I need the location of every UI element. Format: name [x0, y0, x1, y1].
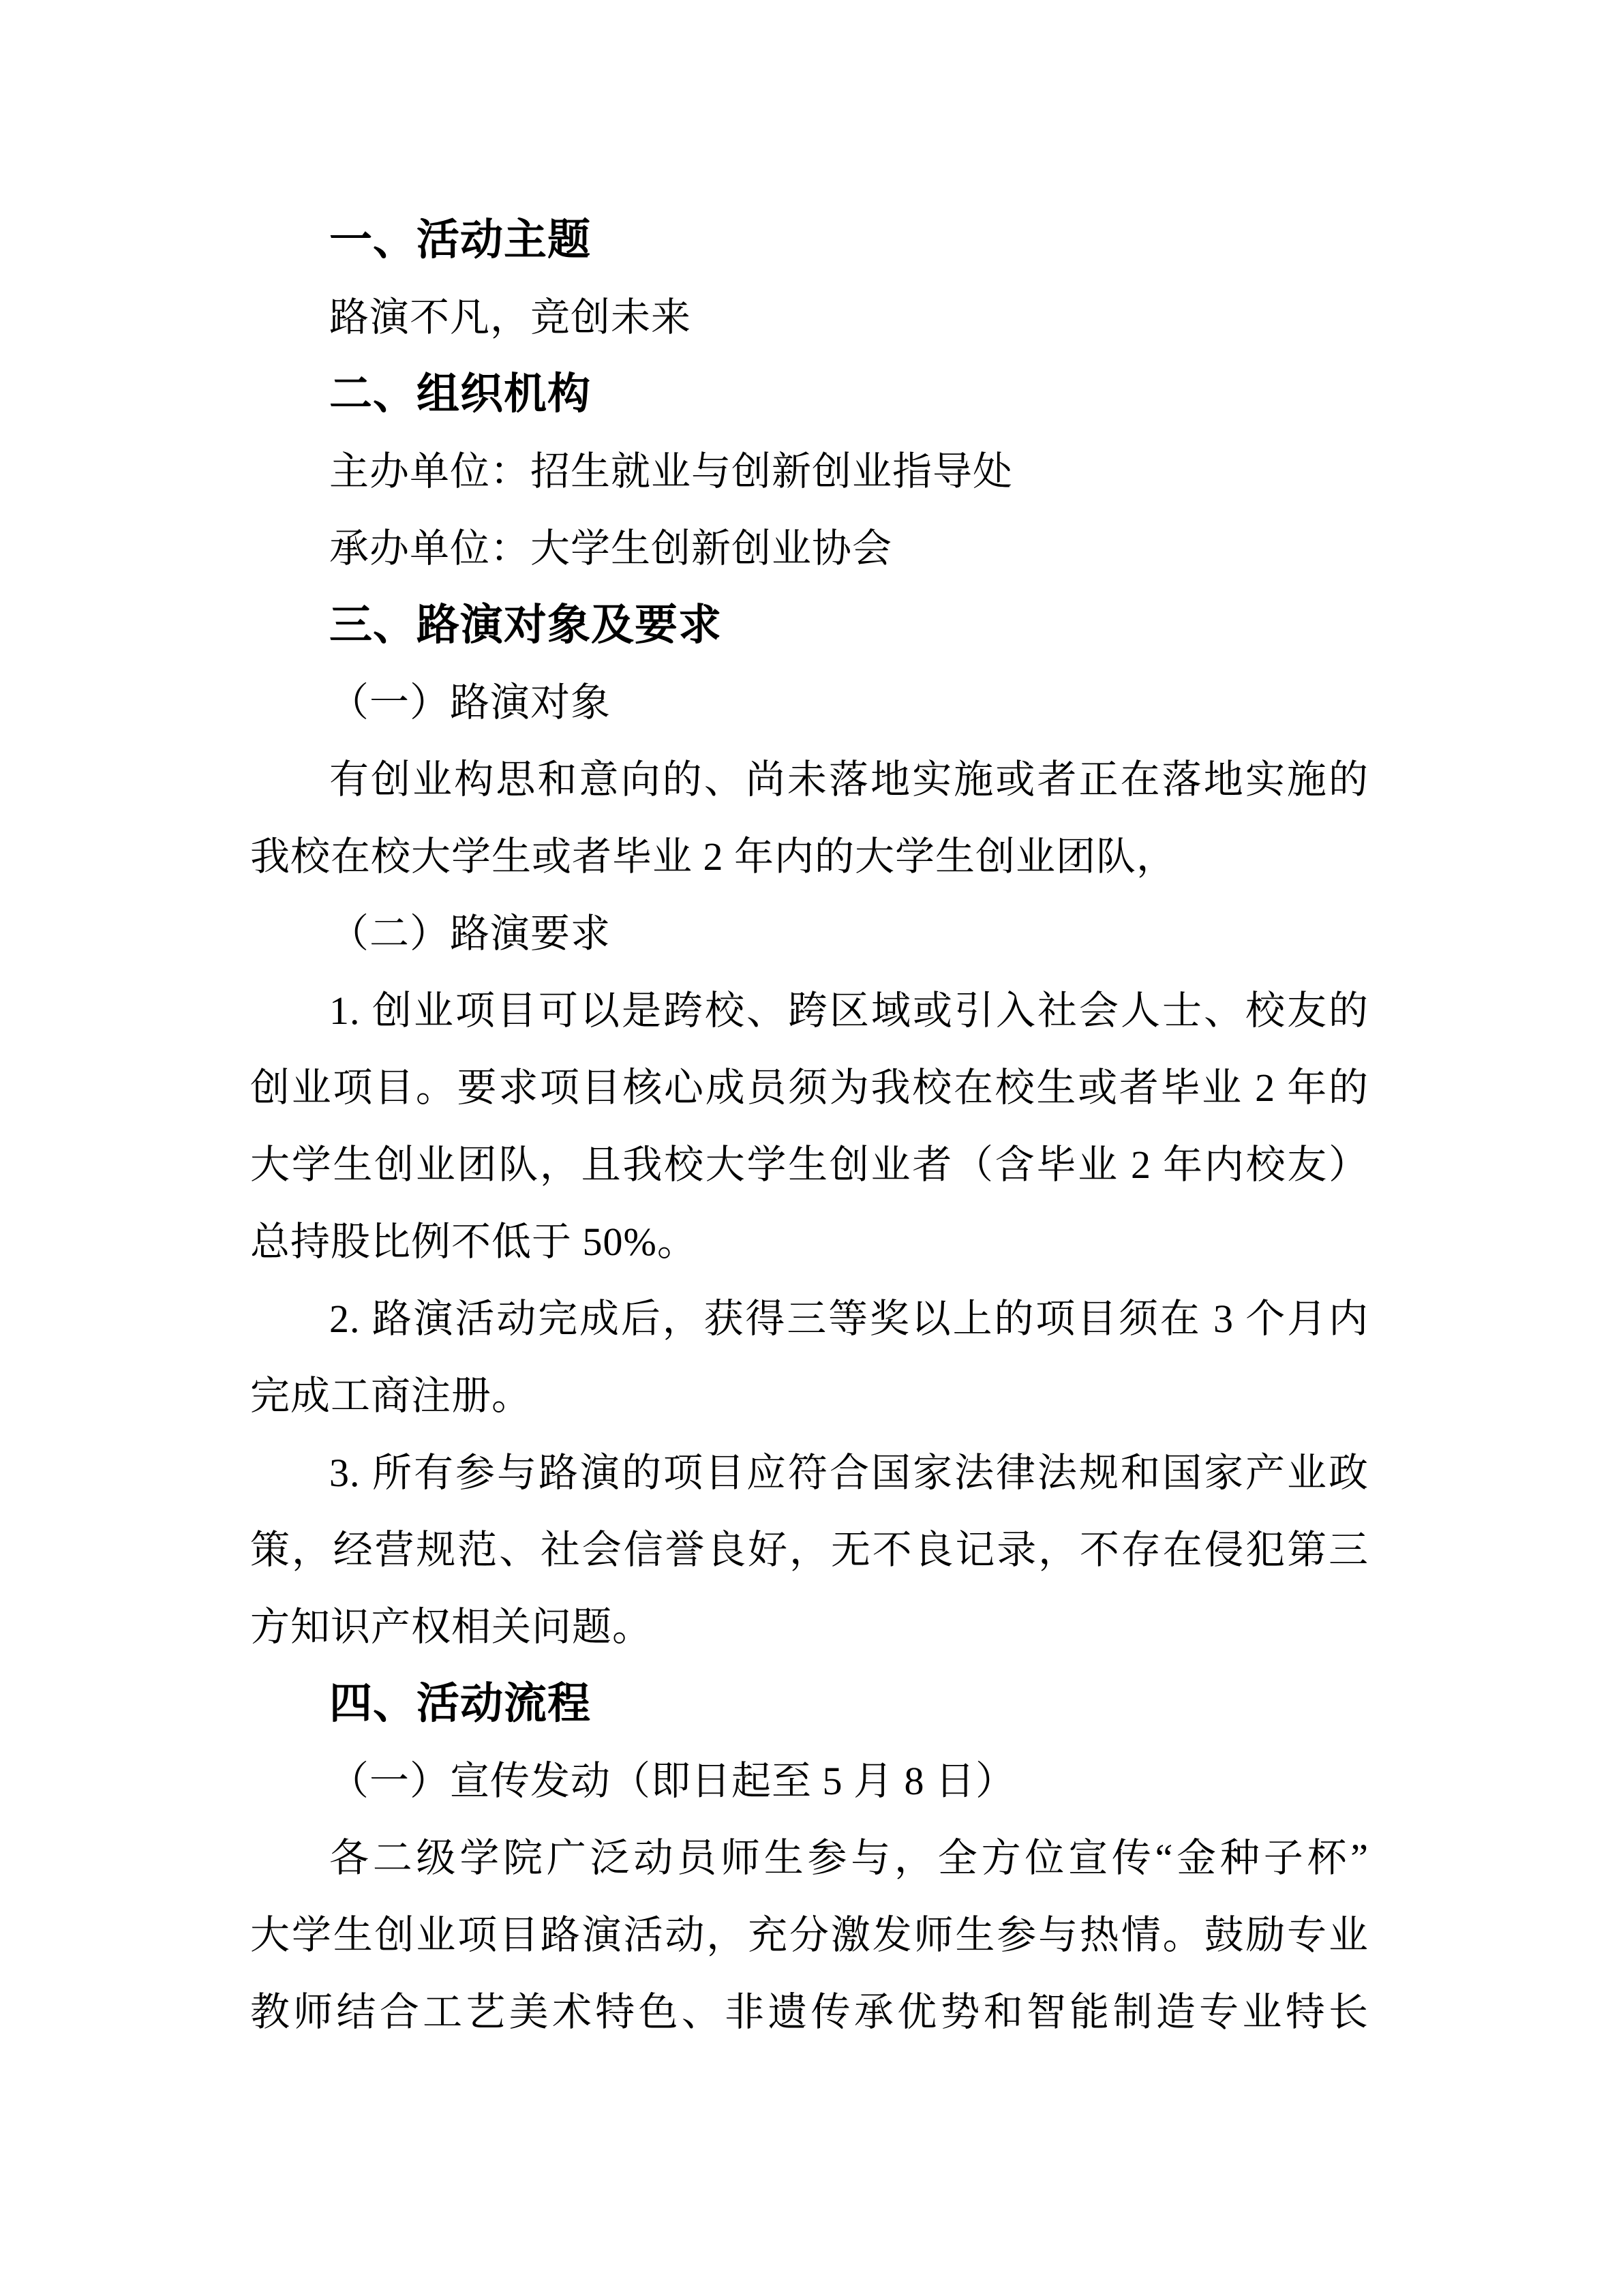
body-line: 各二级学院广泛动员师生参与，全方位宣传“金种子杯”: [250, 1819, 1369, 1897]
heading-line: 一、活动主题: [250, 202, 1369, 279]
body-line: 教师结合工艺美术特色、非遗传承优势和智能制造专业特长等，: [250, 1974, 1369, 2051]
body-line: 3. 所有参与路演的项目应符合国家法律法规和国家产业政: [250, 1434, 1369, 1511]
heading-line: 四、活动流程: [250, 1665, 1369, 1742]
body-line: 完成工商注册。: [250, 1357, 1369, 1434]
document-page: 一、活动主题 路演不凡，竞创未来 二、组织机构 主办单位：招生就业与创新创业指导…: [0, 0, 1623, 2296]
body-line: 2. 路演活动完成后，获得三等奖以上的项目须在 3 个月内: [250, 1280, 1369, 1357]
body-line: 总持股比例不低于 50%。: [250, 1203, 1369, 1280]
body-line: 大学生创业团队，且我校大学生创业者（含毕业 2 年内校友）: [250, 1126, 1369, 1203]
subheading-line: （一）路演对象: [250, 664, 1369, 741]
body-line: 有创业构思和意向的、尚未落地实施或者正在落地实施的: [250, 741, 1369, 818]
body-line: 大学生创业项目路演活动，充分激发师生参与热情。鼓励专业: [250, 1897, 1369, 1974]
subheading-line: （一）宣传发动（即日起至 5 月 8 日）: [250, 1742, 1369, 1819]
subheading-line: （二）路演要求: [250, 895, 1369, 972]
heading-line: 二、组织机构: [250, 356, 1369, 433]
body-line: 路演不凡，竞创未来: [250, 279, 1369, 356]
heading-line: 三、路演对象及要求: [250, 587, 1369, 664]
body-line: 我校在校大学生或者毕业 2 年内的大学生创业团队，: [250, 818, 1369, 895]
body-line: 方知识产权相关问题。: [250, 1588, 1369, 1665]
body-line: 1. 创业项目可以是跨校、跨区域或引入社会人士、校友的: [250, 972, 1369, 1049]
body-line: 策，经营规范、社会信誉良好，无不良记录，不存在侵犯第三: [250, 1511, 1369, 1588]
body-line: 创业项目。要求项目核心成员须为我校在校生或者毕业 2 年的: [250, 1049, 1369, 1126]
body-line: 承办单位：大学生创新创业协会: [250, 510, 1369, 587]
body-line: 主办单位：招生就业与创新创业指导处: [250, 433, 1369, 510]
document-content: 一、活动主题 路演不凡，竞创未来 二、组织机构 主办单位：招生就业与创新创业指导…: [250, 202, 1369, 2051]
